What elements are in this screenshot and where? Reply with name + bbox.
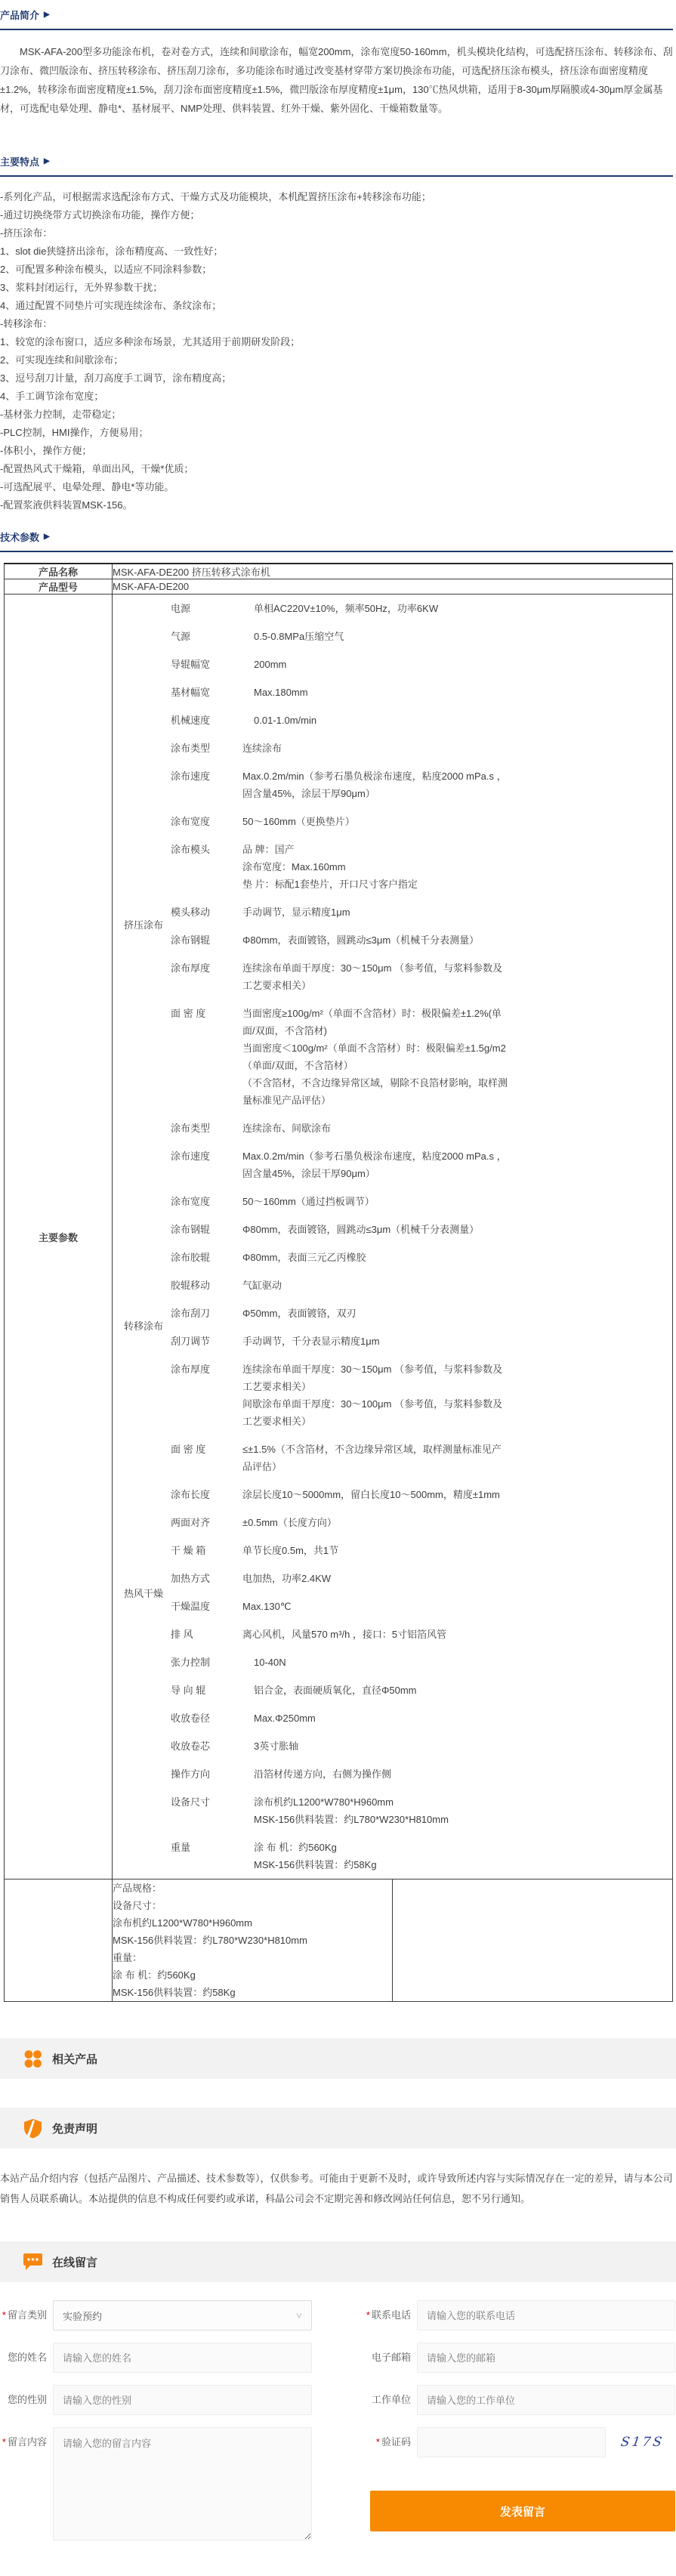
summary-line: 重量： bbox=[113, 1949, 392, 1966]
param-row: 电源单相AC220V±10%，频率50Hz，功率6KW bbox=[171, 595, 672, 622]
related-products-bar: 相关产品 bbox=[0, 2038, 676, 2079]
param-name: 涂布类型 bbox=[171, 740, 242, 757]
param-row: 干燥温度Max.130℃ bbox=[171, 1592, 672, 1620]
param-value: 50～160mm（更换垫片） bbox=[242, 813, 672, 830]
feature-line: -可选配展平、电晕处理、静电*等功能。 bbox=[0, 478, 676, 496]
section-title-intro: 产品简介 ▶ bbox=[0, 8, 676, 22]
triangle-icon: ▶ bbox=[44, 11, 50, 19]
param-name: 涂布类型 bbox=[171, 1120, 242, 1137]
param-name: 涂布钢辊 bbox=[171, 931, 242, 949]
param-row: 张力控制10-40N bbox=[171, 1648, 672, 1676]
param-name: 面 密 度 bbox=[171, 1005, 242, 1109]
field-name: 您的姓名 bbox=[0, 2343, 312, 2373]
section-title-specs: 技术参数 ▶ bbox=[0, 530, 676, 544]
param-group-label: 热风干燥 bbox=[113, 1537, 171, 1648]
divider bbox=[0, 29, 673, 30]
feature-line: -挤压涂布： bbox=[0, 224, 676, 242]
feature-line: -PLC控制，HMI操作，方便易用； bbox=[0, 424, 676, 442]
message-form: *留言类别 实验预约 ˅ *联系电话 您的姓名 电子邮箱 您的性别 工 bbox=[0, 2300, 676, 2544]
product-name-value: MSK-AFA-DE200 挤压转移式涂布机 bbox=[113, 564, 673, 579]
table-row: 产品名称 MSK-AFA-DE200 挤压转移式涂布机 bbox=[5, 564, 673, 579]
required-asterisk: * bbox=[376, 2436, 380, 2448]
field-captcha: *验证码 S17S bbox=[364, 2427, 675, 2457]
param-row: 涂布胶辊Φ80mm，表面三元乙丙橡胶 bbox=[171, 1243, 672, 1271]
disclaimer-bar: 免责声明 bbox=[0, 2108, 676, 2148]
main-params-label: 主要参数 bbox=[5, 595, 113, 1879]
param-group-rows: 涂布类型连续涂布、间歇涂布涂布速度Max.0.2m/min（参考石墨负极涂布速度… bbox=[171, 1114, 672, 1537]
param-row: 操作方向沿箔材传递方向，右侧为操作侧 bbox=[171, 1760, 672, 1788]
param-name: 干 燥 箱 bbox=[171, 1542, 242, 1559]
summary-left-empty-cell bbox=[5, 1879, 113, 2002]
param-row: 设备尺寸涂布机约L1200*W780*H960mmMSK-156供料装置：约L7… bbox=[171, 1788, 672, 1833]
param-name: 张力控制 bbox=[171, 1654, 254, 1671]
param-row: 涂布类型连续涂布 bbox=[171, 734, 672, 762]
param-row: 涂布速度Max.0.2m/min（参考石墨负极涂布速度，粘度2000 mPa.s… bbox=[171, 1142, 672, 1188]
param-value: 手动调节，千分表显示精度1μm bbox=[242, 1333, 672, 1350]
feature-line: 3、逗号刮刀计量，刮刀高度手工调节，涂布精度高； bbox=[0, 369, 676, 388]
param-row: 涂布宽度50～160mm（更换垫片） bbox=[171, 808, 672, 836]
param-row: 涂布厚度连续涂布单面干厚度：30～150μm （参考值，与浆料参数及工艺要求相关… bbox=[171, 954, 672, 999]
param-name: 干燥温度 bbox=[171, 1598, 242, 1615]
feature-line: -系列化产品，可根据需求选配涂布方式、干燥方式及功能模块，本机配置挤压涂布+转移… bbox=[0, 188, 676, 206]
param-row: 收放卷径Max.Φ250mm bbox=[171, 1704, 672, 1732]
feature-line: -配置热风式干燥箱，单面出风，干燥*优质； bbox=[0, 460, 676, 478]
param-value: Max.Φ250mm bbox=[254, 1710, 672, 1727]
param-name: 胶辊移动 bbox=[171, 1277, 242, 1294]
param-value: 50～160mm（通过挡板调节） bbox=[242, 1193, 672, 1210]
param-name: 涂布胶辊 bbox=[171, 1249, 242, 1266]
chevron-down-icon: ˅ bbox=[296, 2309, 302, 2321]
phone-input[interactable] bbox=[417, 2300, 675, 2330]
feature-line: 4、通过配置不同垫片可实现连续涂布、条纹涂布； bbox=[0, 297, 676, 315]
disclaimer-paragraph: 本站产品介绍内容（包括产品图片、产品描述、技术参数等），仅供参考。可能由于更新不… bbox=[0, 2168, 676, 2209]
param-group-rows: 张力控制10-40N导 向 辊铝合金，表面硬质氧化，直径Φ50mm收放卷径Max… bbox=[171, 1648, 672, 1879]
specs-title-text: 技术参数 bbox=[0, 530, 39, 544]
gender-label: 您的性别 bbox=[0, 2385, 47, 2415]
param-row: 涂布钢辊Φ80mm，表面镀铬，圆跳动≤3μm（机械千分表测量） bbox=[171, 1215, 672, 1243]
param-group-label: 转移涂布 bbox=[113, 1114, 171, 1537]
param-row: 排 风离心风机，风量570 m³/h ，接口：5寸铝箔风管 bbox=[171, 1620, 672, 1648]
param-row: 加热方式电加热，功率2.4KW bbox=[171, 1564, 672, 1592]
param-value: 连续涂布 bbox=[242, 740, 672, 757]
email-input[interactable] bbox=[417, 2343, 675, 2373]
category-selected-value: 实验预约 bbox=[63, 2309, 102, 2323]
summary-line: MSK-156供料装置：约L780*W230*H810mm bbox=[113, 1932, 392, 1949]
param-row: 两面对齐±0.5mm（长度方向） bbox=[171, 1509, 672, 1537]
divider bbox=[0, 551, 673, 552]
summary-line: 设备尺寸： bbox=[113, 1897, 392, 1914]
param-value: 涂层长度10～5000mm，留白长度10～500mm，精度±1mm bbox=[242, 1486, 672, 1503]
param-row: 气源0.5-0.8MPa压缩空气 bbox=[171, 622, 672, 650]
feature-line: -基材张力控制，走带稳定； bbox=[0, 406, 676, 424]
field-company: 工作单位 bbox=[364, 2385, 675, 2415]
triangle-icon: ▶ bbox=[44, 533, 50, 541]
param-value: 200mm bbox=[254, 656, 672, 673]
param-name: 导辊幅宽 bbox=[171, 656, 254, 673]
param-name: 基材幅宽 bbox=[171, 684, 254, 701]
param-row: 模头移动手动调节，显示精度1μm bbox=[171, 898, 672, 926]
param-name: 两面对齐 bbox=[171, 1514, 242, 1531]
captcha-label: *验证码 bbox=[364, 2427, 411, 2457]
feature-line: 2、可实现连续和间歇涂布； bbox=[0, 351, 676, 369]
field-phone: *联系电话 bbox=[364, 2300, 675, 2330]
param-value: 离心风机，风量570 m³/h ，接口：5寸铝箔风管 bbox=[242, 1626, 672, 1643]
divider bbox=[0, 175, 673, 177]
param-name: 涂布宽度 bbox=[171, 813, 242, 830]
param-group: 转移涂布涂布类型连续涂布、间歇涂布涂布速度Max.0.2m/min（参考石墨负极… bbox=[113, 1114, 672, 1537]
param-value: Max.130℃ bbox=[242, 1598, 672, 1615]
feature-line: 4、手工调节涂布宽度； bbox=[0, 388, 676, 406]
summary-line: MSK-156供料装置：约58Kg bbox=[113, 1984, 392, 2001]
param-name: 重量 bbox=[171, 1839, 254, 1873]
chat-bubble-icon bbox=[23, 2252, 43, 2272]
param-name: 刮刀调节 bbox=[171, 1333, 242, 1350]
param-name: 机械速度 bbox=[171, 712, 254, 729]
captcha-code[interactable]: S17S bbox=[620, 2435, 665, 2450]
category-label: *留言类别 bbox=[0, 2300, 47, 2330]
param-value: 铝合金，表面硬质氧化，直径Φ50mm bbox=[254, 1682, 672, 1699]
related-products-title: 相关产品 bbox=[52, 2051, 97, 2067]
product-name-label: 产品名称 bbox=[5, 564, 113, 579]
feature-line: 1、较宽的涂布窗口，适应多种涂布场景，尤其适用于前期研发阶段； bbox=[0, 333, 676, 351]
param-value: 电加热，功率2.4KW bbox=[242, 1570, 672, 1587]
param-row: 涂布长度涂层长度10～5000mm，留白长度10～500mm，精度±1mm bbox=[171, 1481, 672, 1509]
param-value: Φ80mm，表面镀铬，圆跳动≤3μm（机械千分表测量） bbox=[242, 931, 672, 949]
product-detail-page: 产品简介 ▶ MSK-AFA-200型多功能涂布机，卷对卷方式，连续和间歇涂布，… bbox=[0, 0, 676, 2576]
param-group-label: 挤压涂布 bbox=[113, 734, 171, 1114]
param-name: 涂布厚度 bbox=[171, 1361, 242, 1430]
param-row: 导 向 辊铝合金，表面硬质氧化，直径Φ50mm bbox=[171, 1676, 672, 1704]
param-row: 导辊幅宽200mm bbox=[171, 650, 672, 678]
company-label: 工作单位 bbox=[364, 2385, 411, 2415]
param-group: 张力控制10-40N导 向 辊铝合金，表面硬质氧化，直径Φ50mm收放卷径Max… bbox=[113, 1648, 672, 1879]
param-value: 单相AC220V±10%，频率50Hz，功率6KW bbox=[254, 600, 672, 617]
param-value: 连续涂布、间歇涂布 bbox=[242, 1120, 672, 1137]
clover-icon bbox=[23, 2049, 43, 2069]
param-name: 导 向 辊 bbox=[171, 1682, 254, 1699]
param-row: 涂布速度Max.0.2m/min（参考石墨负极涂布速度，粘度2000 mPa.s… bbox=[171, 762, 672, 808]
param-row: 涂布钢辊Φ80mm，表面镀铬，圆跳动≤3μm（机械千分表测量） bbox=[171, 926, 672, 954]
table-row: 产品规格：设备尺寸：涂布机约L1200*W780*H960mmMSK-156供料… bbox=[5, 1879, 673, 2002]
summary-line: 涂布机约L1200*W780*H960mm bbox=[113, 1914, 392, 1932]
param-name: 排 风 bbox=[171, 1626, 242, 1643]
feature-line: -配置浆液供料装置MSK-156。 bbox=[0, 496, 676, 514]
param-name: 设备尺寸 bbox=[171, 1793, 254, 1828]
field-gender: 您的性别 bbox=[0, 2385, 312, 2415]
param-row: 重量涂 布 机：约560KgMSK-156供料装置：约58Kg bbox=[171, 1833, 672, 1879]
param-value: 当面密度≥100g/m²（单面不含箔材）时：极限偏差±1.2%(单面/双面，不含… bbox=[242, 1005, 672, 1109]
param-value: 连续涂布单面干厚度：30～150μm （参考值，与浆料参数及工艺要求相关）间歇涂… bbox=[242, 1361, 672, 1430]
param-group-rows: 电源单相AC220V±10%，频率50Hz，功率6KW气源0.5-0.8MPa压… bbox=[171, 595, 672, 734]
param-name: 涂布长度 bbox=[171, 1486, 242, 1503]
product-model-value: MSK-AFA-DE200 bbox=[113, 579, 673, 595]
feature-line: 2、可配置多种涂布模头，以适应不同涂料参数； bbox=[0, 261, 676, 279]
table-row: 产品型号 MSK-AFA-DE200 bbox=[5, 579, 673, 595]
summary-right-empty-cell bbox=[393, 1879, 673, 2002]
intro-title-text: 产品简介 bbox=[0, 8, 39, 22]
param-name: 加热方式 bbox=[171, 1570, 242, 1587]
message-board-bar: 在线留言 bbox=[0, 2241, 676, 2282]
param-name: 涂布厚度 bbox=[171, 959, 242, 994]
param-name: 面 密 度 bbox=[171, 1441, 242, 1475]
intro-paragraph: MSK-AFA-200型多功能涂布机，卷对卷方式，连续和间歇涂布，幅宽200mm… bbox=[0, 42, 676, 118]
param-row: 涂布模头品 牌：国产涂布宽度：Max.160mm垫 片：标配1套垫片，开口尺寸客… bbox=[171, 836, 672, 898]
param-value: ≤±1.5%（不含箔材，不含边缘异常区域，取样测量标准见产品评估） bbox=[242, 1441, 672, 1475]
field-email: 电子邮箱 bbox=[364, 2343, 675, 2373]
param-name: 电源 bbox=[171, 600, 254, 617]
field-content: *留言内容 bbox=[0, 2427, 312, 2544]
params-container: 电源单相AC220V±10%，频率50Hz，功率6KW气源0.5-0.8MPa压… bbox=[113, 595, 672, 1879]
param-value: Max.0.2m/min（参考石墨负极涂布速度，粘度2000 mPa.s ，固含… bbox=[242, 1147, 672, 1182]
param-group: 挤压涂布涂布类型连续涂布涂布速度Max.0.2m/min（参考石墨负极涂布速度，… bbox=[113, 734, 672, 1114]
email-label: 电子邮箱 bbox=[364, 2343, 411, 2373]
phone-label: *联系电话 bbox=[364, 2300, 411, 2330]
triangle-icon: ▶ bbox=[44, 157, 50, 165]
category-select[interactable]: 实验预约 ˅ bbox=[53, 2300, 312, 2330]
bottom-spacer bbox=[0, 2544, 676, 2576]
disclaimer-title: 免责声明 bbox=[52, 2120, 97, 2136]
param-value: 手动调节，显示精度1μm bbox=[242, 903, 672, 921]
required-asterisk: * bbox=[2, 2436, 6, 2448]
param-value: 10-40N bbox=[254, 1654, 672, 1671]
param-row: 基材幅宽Max.180mm bbox=[171, 678, 672, 706]
param-value: 0.01-1.0m/min bbox=[254, 712, 672, 729]
summary-cell: 产品规格：设备尺寸：涂布机约L1200*W780*H960mmMSK-156供料… bbox=[113, 1879, 393, 2002]
param-group: 电源单相AC220V±10%，频率50Hz，功率6KW气源0.5-0.8MPa压… bbox=[113, 595, 672, 734]
param-row: 面 密 度≤±1.5%（不含箔材，不含边缘异常区域，取样测量标准见产品评估） bbox=[171, 1435, 672, 1481]
param-value: Max.180mm bbox=[254, 684, 672, 701]
param-value: 气缸驱动 bbox=[242, 1277, 672, 1294]
name-input[interactable] bbox=[53, 2343, 312, 2373]
captcha-input[interactable] bbox=[417, 2427, 606, 2457]
feature-line: -体积小，操作方便； bbox=[0, 442, 676, 460]
param-row: 涂布厚度连续涂布单面干厚度：30～150μm （参考值，与浆料参数及工艺要求相关… bbox=[171, 1355, 672, 1435]
param-row: 干 燥 箱单节长度0.5m，共1节 bbox=[171, 1537, 672, 1564]
field-category: *留言类别 实验预约 ˅ bbox=[0, 2300, 312, 2330]
param-row: 面 密 度当面密度≥100g/m²（单面不含箔材）时：极限偏差±1.2%(单面/… bbox=[171, 999, 672, 1114]
param-value: Φ50mm，表面镀铬，双刃 bbox=[242, 1305, 672, 1322]
features-title-text: 主要特点 bbox=[0, 154, 39, 168]
required-asterisk: * bbox=[366, 2309, 370, 2321]
param-value: 涂布机约L1200*W780*H960mmMSK-156供料装置：约L780*W… bbox=[254, 1793, 672, 1828]
param-value: 单节长度0.5m，共1节 bbox=[242, 1542, 672, 1559]
param-name: 涂布速度 bbox=[171, 768, 242, 802]
required-asterisk: * bbox=[2, 2309, 6, 2321]
intro-section: 产品简介 ▶ MSK-AFA-200型多功能涂布机，卷对卷方式，连续和间歇涂布，… bbox=[0, 0, 676, 118]
param-name: 收放卷径 bbox=[171, 1710, 254, 1727]
param-row: 涂布类型连续涂布、间歇涂布 bbox=[171, 1114, 672, 1142]
param-value: 0.5-0.8MPa压缩空气 bbox=[254, 628, 672, 645]
param-row: 胶辊移动气缸驱动 bbox=[171, 1271, 672, 1299]
param-name: 涂布速度 bbox=[171, 1147, 242, 1182]
feature-list: -系列化产品，可根据需求选配涂布方式、干燥方式及功能模块，本机配置挤压涂布+转移… bbox=[0, 188, 676, 514]
param-name: 收放卷芯 bbox=[171, 1737, 254, 1755]
feature-line: 1、slot die狭缝挤出涂布，涂布精度高、一致性好； bbox=[0, 242, 676, 261]
feature-line: 3、浆料封闭运行，无外界参数干扰； bbox=[0, 279, 676, 297]
param-value: 3英寸胀轴 bbox=[254, 1737, 672, 1755]
section-title-features: 主要特点 ▶ bbox=[0, 154, 676, 168]
feature-line: -转移涂布： bbox=[0, 315, 676, 333]
param-group-rows: 涂布类型连续涂布涂布速度Max.0.2m/min（参考石墨负极涂布速度，粘度20… bbox=[171, 734, 672, 1114]
spec-table: 产品名称 MSK-AFA-DE200 挤压转移式涂布机 产品型号 MSK-AFA… bbox=[4, 563, 673, 2002]
param-row: 收放卷芯3英寸胀轴 bbox=[171, 1732, 672, 1760]
features-section: 主要特点 ▶ -系列化产品，可根据需求选配涂布方式、干燥方式及功能模块，本机配置… bbox=[0, 154, 676, 514]
param-value: Max.0.2m/min（参考石墨负极涂布速度，粘度2000 mPa.s ，固含… bbox=[242, 768, 672, 802]
table-row: 主要参数 电源单相AC220V±10%，频率50Hz，功率6KW气源0.5-0.… bbox=[5, 595, 673, 1879]
param-value: 涂 布 机：约560KgMSK-156供料装置：约58Kg bbox=[254, 1839, 672, 1873]
product-model-label: 产品型号 bbox=[5, 579, 113, 595]
param-row: 机械速度0.01-1.0m/min bbox=[171, 706, 672, 734]
param-name: 操作方向 bbox=[171, 1765, 254, 1783]
company-input[interactable] bbox=[417, 2385, 675, 2415]
param-group: 热风干燥干 燥 箱单节长度0.5m，共1节加热方式电加热，功率2.4KW干燥温度… bbox=[113, 1537, 672, 1648]
message-board-title: 在线留言 bbox=[52, 2254, 97, 2270]
param-row: 涂布宽度50～160mm（通过挡板调节） bbox=[171, 1188, 672, 1215]
gender-input[interactable] bbox=[53, 2385, 312, 2415]
content-textarea[interactable] bbox=[53, 2427, 312, 2540]
param-row: 刮刀调节手动调节，千分表显示精度1μm bbox=[171, 1327, 672, 1355]
param-group-rows: 干 燥 箱单节长度0.5m，共1节加热方式电加热，功率2.4KW干燥温度Max.… bbox=[171, 1537, 672, 1648]
param-value: ±0.5mm（长度方向） bbox=[242, 1514, 672, 1531]
param-name: 涂布宽度 bbox=[171, 1193, 242, 1210]
param-name: 模头移动 bbox=[171, 903, 242, 921]
param-row: 涂布刮刀Φ50mm，表面镀铬，双刃 bbox=[171, 1299, 672, 1327]
param-name: 气源 bbox=[171, 628, 254, 645]
submit-message-button[interactable]: 发表留言 bbox=[370, 2491, 675, 2531]
param-value: 品 牌：国产涂布宽度：Max.160mm垫 片：标配1套垫片，开口尺寸客户指定 bbox=[242, 841, 672, 893]
param-value: Φ80mm，表面镀铬，圆跳动≤3μm（机械千分表测量） bbox=[242, 1221, 672, 1238]
param-value: 沿箔材传递方向，右侧为操作侧 bbox=[254, 1765, 672, 1783]
summary-line: 涂 布 机：约560Kg bbox=[113, 1966, 392, 1984]
param-value: 连续涂布单面干厚度：30～150μm （参考值，与浆料参数及工艺要求相关） bbox=[242, 959, 672, 994]
param-value: Φ80mm，表面三元乙丙橡胶 bbox=[242, 1249, 672, 1266]
param-name: 涂布刮刀 bbox=[171, 1305, 242, 1322]
captcha-and-submit: *验证码 S17S 发表留言 bbox=[364, 2427, 675, 2544]
name-label: 您的姓名 bbox=[0, 2343, 47, 2373]
shield-icon bbox=[23, 2118, 43, 2139]
content-label: *留言内容 bbox=[0, 2427, 47, 2457]
param-name: 涂布模头 bbox=[171, 841, 242, 893]
main-params-cell: 电源单相AC220V±10%，频率50Hz，功率6KW气源0.5-0.8MPa压… bbox=[113, 595, 673, 1879]
feature-line: -通过切换绕带方式切换涂布功能，操作方便； bbox=[0, 206, 676, 224]
summary-line: 产品规格： bbox=[113, 1879, 392, 1897]
specs-section: 技术参数 ▶ 产品名称 MSK-AFA-DE200 挤压转移式涂布机 产品型号 … bbox=[0, 530, 676, 2002]
param-name: 涂布钢辊 bbox=[171, 1221, 242, 1238]
